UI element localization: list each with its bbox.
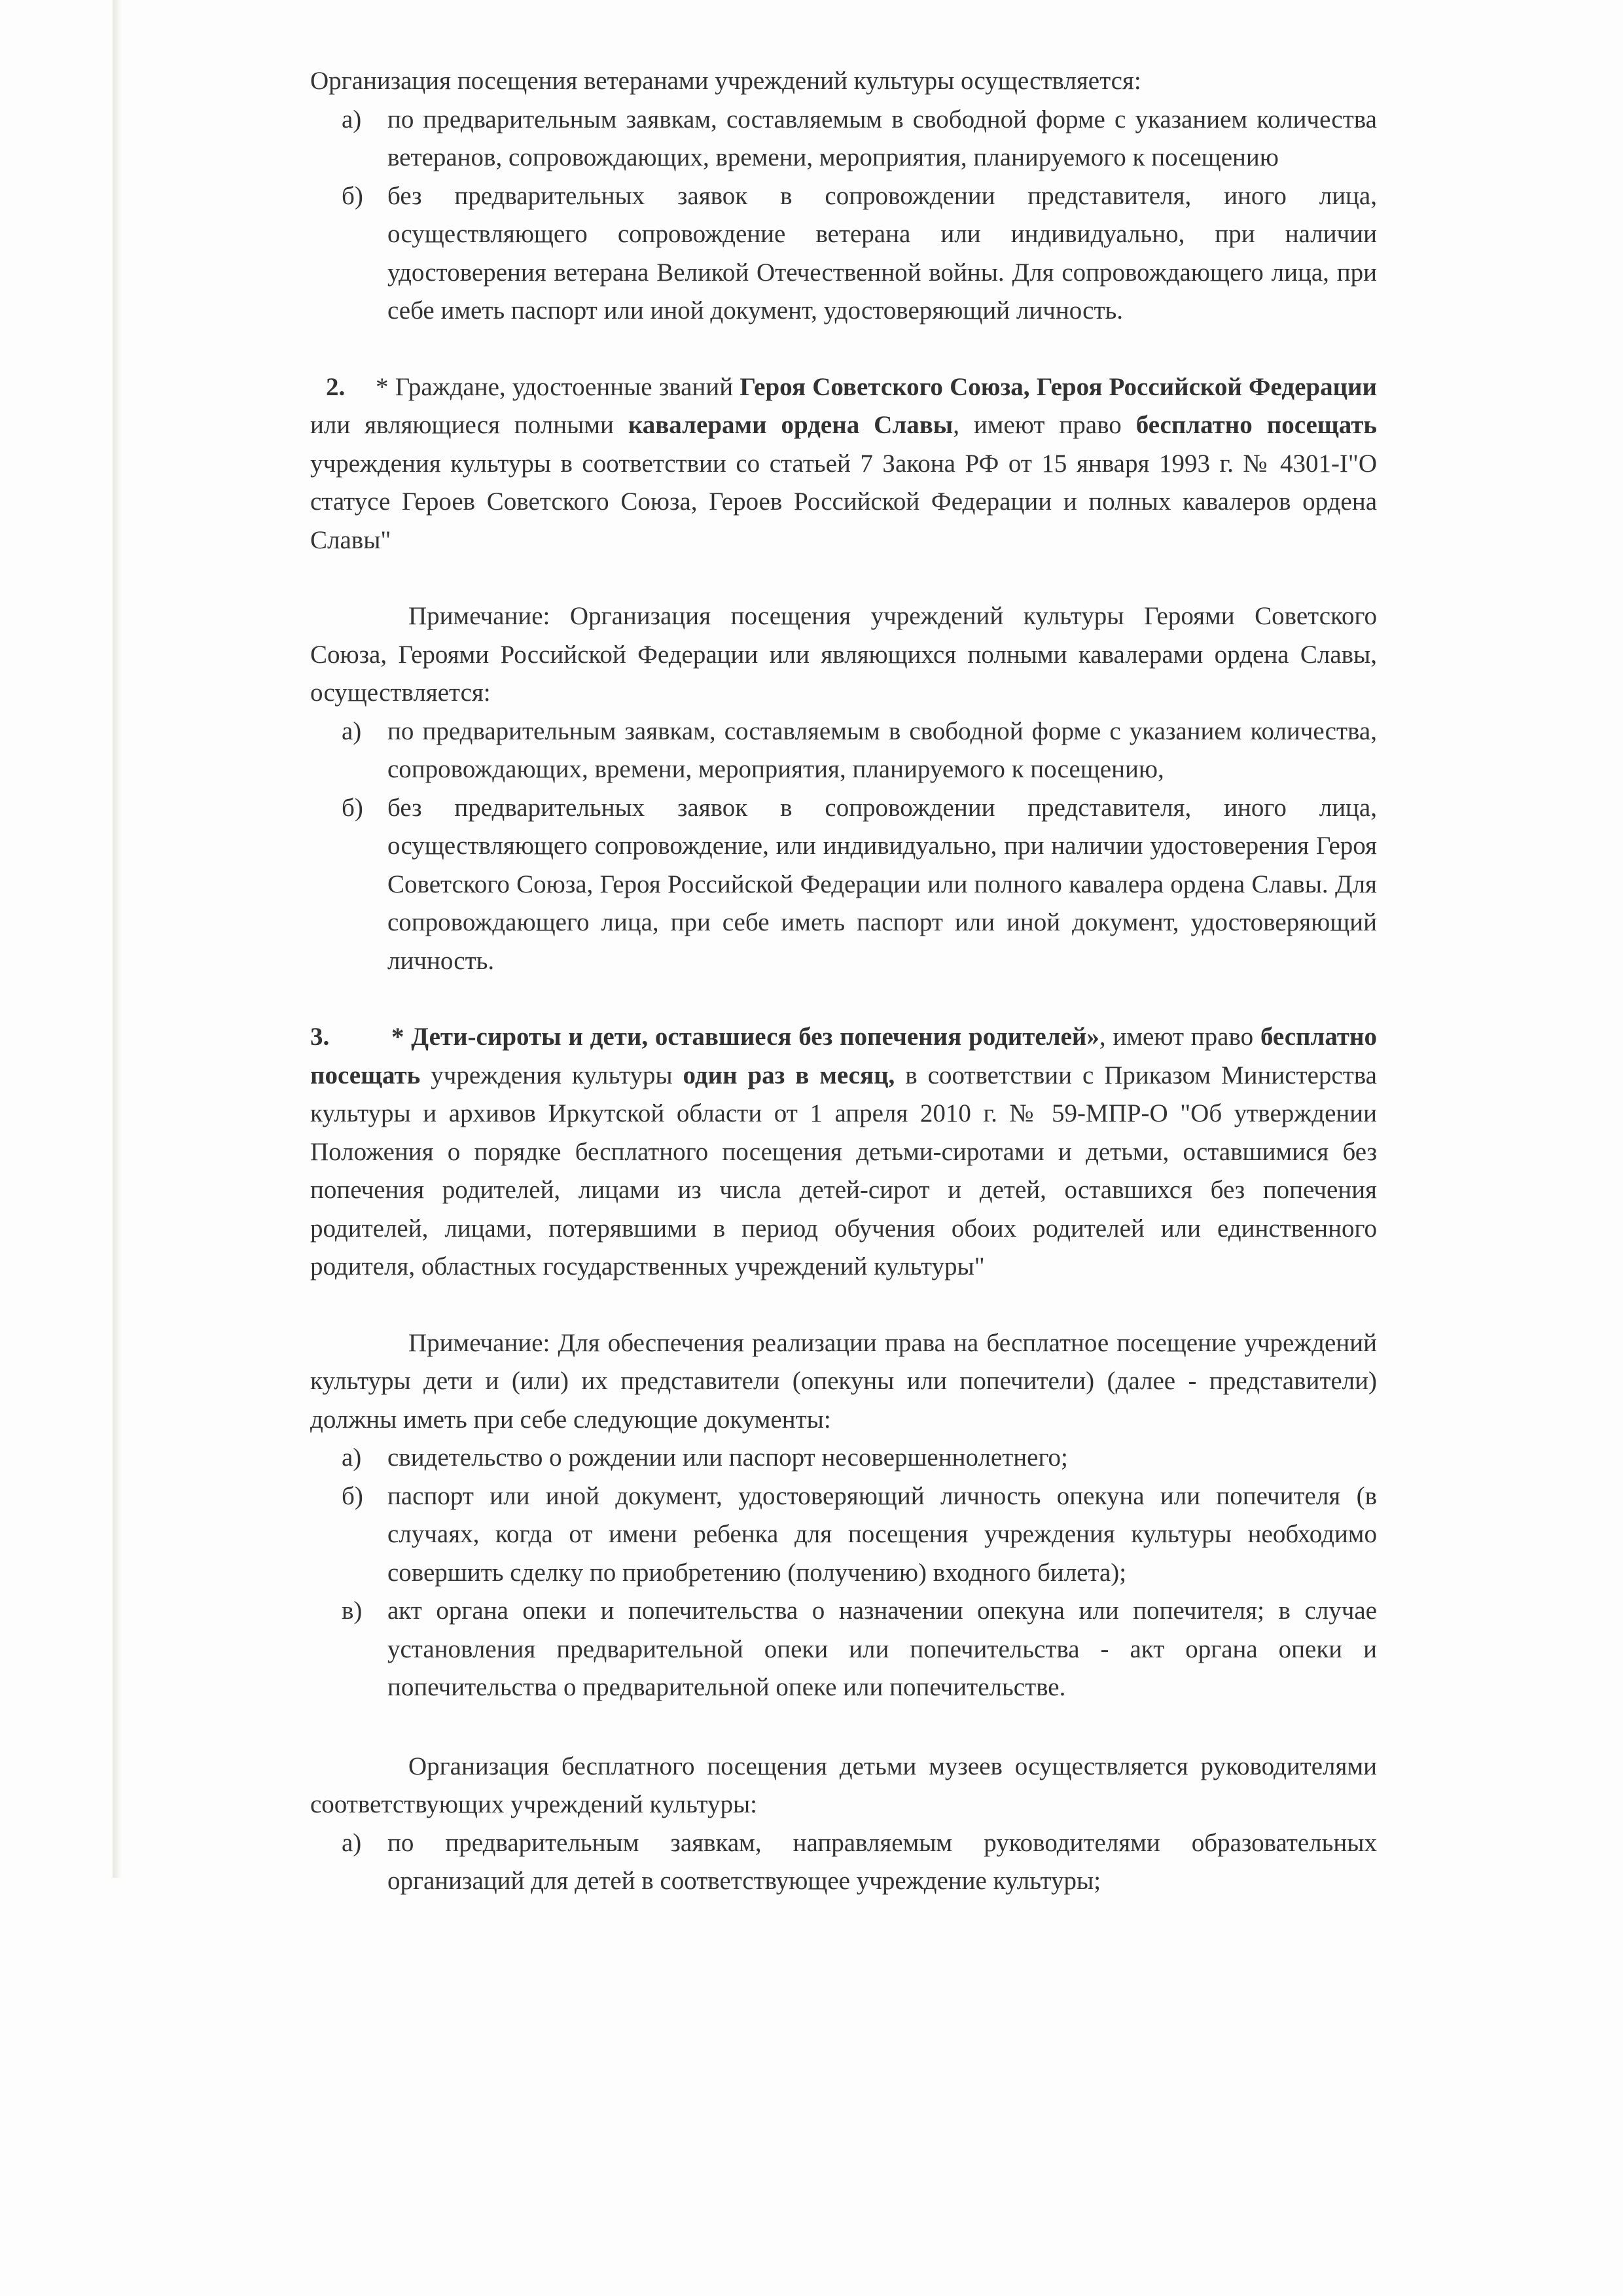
text-run: , имеют право [953, 411, 1136, 439]
section-number: 2. [310, 368, 376, 407]
list-item-text: без предварительных заявок в сопровожден… [387, 794, 1377, 975]
spacer [310, 1286, 1377, 1324]
list-item-text: акт органа опеки и попечительства о назн… [387, 1597, 1377, 1701]
list-marker: б) [342, 177, 363, 216]
list-item: а) по предварительным заявкам, составляе… [310, 713, 1377, 789]
list-marker: б) [342, 1477, 363, 1516]
scan-shadow-edge [113, 0, 122, 1878]
section-3-text: * Дети-сироты и дети, оставшиеся без поп… [310, 1023, 1377, 1280]
text-run: учреждения культуры в соответствии со ст… [310, 450, 1377, 554]
section-2-paragraph: 2.* Граждане, удостоенные званий Героя С… [310, 368, 1377, 560]
intro-paragraph: Организация посещения ветеранами учрежде… [310, 62, 1377, 101]
list-item: б) паспорт или иной документ, удостоверя… [310, 1477, 1377, 1593]
intro-list: а) по предварительным заявкам, составляе… [310, 101, 1377, 330]
bold-run: кавалерами ордена Славы [628, 411, 953, 439]
spacer [310, 1707, 1377, 1748]
text-run: * Граждане, удостоенные званий [376, 373, 740, 401]
section-2-note: Примечание: Организация посещения учрежд… [310, 597, 1377, 713]
spacer [310, 559, 1377, 597]
list-item-text: по предварительным заявкам, направляемым… [387, 1829, 1377, 1896]
section-2-note-list: а) по предварительным заявкам, составляе… [310, 713, 1377, 981]
section-3-note: Примечание: Для обеспечения реализации п… [310, 1324, 1377, 1439]
spacer [310, 330, 1377, 368]
list-item-text: по предварительным заявкам, составляемым… [387, 717, 1377, 784]
list-marker: а) [342, 101, 361, 139]
list-item-text: без предварительных заявок в сопровожден… [387, 182, 1377, 325]
section-3-paragraph: 3.* Дети-сироты и дети, оставшиеся без п… [310, 1018, 1377, 1286]
scanned-page: Организация посещения ветеранами учрежде… [0, 0, 1623, 2296]
list-item: б) без предварительных заявок в сопровож… [310, 177, 1377, 330]
list-marker: а) [342, 1824, 361, 1863]
list-marker: а) [342, 713, 361, 751]
list-item: в) акт органа опеки и попечительства о н… [310, 1592, 1377, 1707]
list-item-text: паспорт или иной документ, удостоверяющи… [387, 1482, 1377, 1587]
list-marker: в) [342, 1592, 362, 1631]
bold-run: * Дети-сироты и дети, оставшиеся без поп… [391, 1023, 1099, 1051]
list-item-text: свидетельство о рождении или паспорт нес… [387, 1443, 1068, 1472]
museums-paragraph: Организация бесплатного посещения детьми… [310, 1748, 1377, 1824]
bold-run: бесплатно посещать [1136, 411, 1377, 439]
section-3-note-list: а) свидетельство о рождении или паспорт … [310, 1439, 1377, 1707]
text-run: учреждения культуры [420, 1061, 683, 1089]
bold-run: Героя Советского Союза, Героя Российской… [740, 373, 1377, 401]
list-item: а) по предварительным заявкам, составляе… [310, 101, 1377, 177]
list-item: а) по предварительным заявкам, направляе… [310, 1824, 1377, 1901]
text-run: в соответствии с Приказом Министерства к… [310, 1061, 1377, 1281]
list-marker: б) [342, 789, 363, 828]
text-run: или являющиеся полными [310, 411, 628, 439]
list-item-text: по предварительным заявкам, составляемым… [387, 105, 1377, 172]
bold-run: один раз в месяц, [683, 1061, 895, 1089]
spacer [310, 980, 1377, 1018]
document-body: Организация посещения ветеранами учрежде… [310, 62, 1377, 1901]
text-run: , имеют право [1099, 1023, 1260, 1051]
section-2-text: * Граждане, удостоенные званий Героя Сов… [310, 373, 1377, 554]
list-item: б) без предварительных заявок в сопровож… [310, 789, 1377, 981]
list-marker: а) [342, 1439, 361, 1477]
museums-list: а) по предварительным заявкам, направляе… [310, 1824, 1377, 1901]
list-item: а) свидетельство о рождении или паспорт … [310, 1439, 1377, 1477]
section-number: 3. [310, 1018, 391, 1057]
